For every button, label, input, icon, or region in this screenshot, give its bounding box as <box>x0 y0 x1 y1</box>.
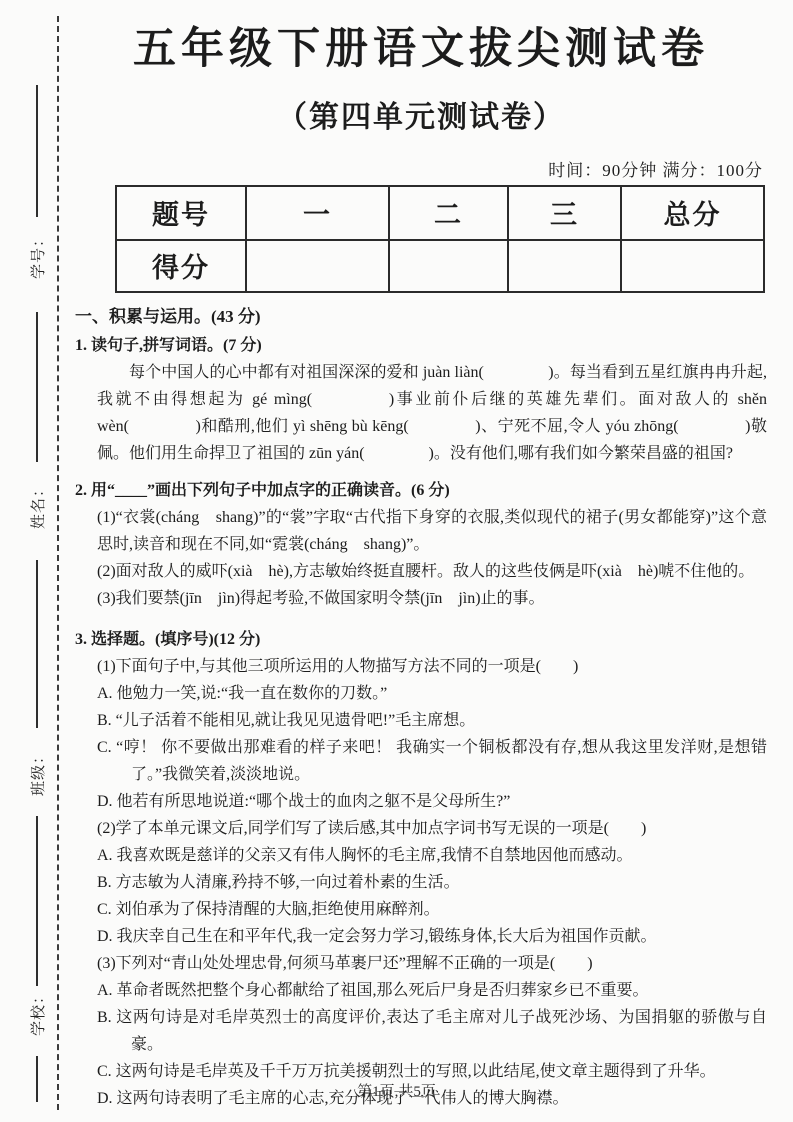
question-3-part-2-stem: (2)学了本单元课文后,同学们写了读后感,其中加点字词书写无误的一项是( ) <box>97 815 767 842</box>
student-id-label: 学号： <box>27 217 47 293</box>
time-score-info: 时间：90分钟 满分：100分 <box>75 156 767 181</box>
score-cell-empty <box>389 240 508 292</box>
score-table-header-cell: 三 <box>508 186 621 240</box>
score-table-header-row: 题号 一 二 三 总分 <box>116 186 764 240</box>
score-table-header-cell: 一 <box>246 186 389 240</box>
page-subtitle: （第四单元测试卷） <box>75 92 767 136</box>
question-3-part-1-option-b: B. “儿子活着不能相见,就让我见见遗骨吧!”毛主席想。 <box>75 707 767 734</box>
score-table-score-row: 得分 <box>116 240 764 292</box>
page-number: 第1页,共5页 <box>0 1080 793 1101</box>
question-3-part-2-option-b: B. 方志敏为人清廉,矜持不够,一向过着朴素的生活。 <box>75 869 767 896</box>
question-2-title: 2. 用“____”画出下列句子中加点字的正确读音。(6 分) <box>75 477 767 504</box>
class-label: 班级： <box>27 734 47 810</box>
score-table-header-cell: 二 <box>389 186 508 240</box>
question-3-part-1-option-d: D. 他若有所思地说道:“哪个战士的血肉之躯不是父母所生?” <box>75 788 767 815</box>
page-title: 五年级下册语文拔尖测试卷 <box>75 24 767 76</box>
question-2-item-1: (1)“衣裳(cháng shang)”的“裳”字取“古代指下身穿的衣服,类似现… <box>97 504 767 558</box>
margin-write-line <box>36 312 38 462</box>
question-3-part-2-option-c: C. 刘伯承为了保持清醒的大脑,拒绝使用麻醉剂。 <box>75 896 767 923</box>
section-one-heading: 一、积累与运用。(43 分) <box>75 303 767 330</box>
question-2-item-2: (2)面对敌人的威吓(xià hè),方志敏始终挺直腰杆。敌人的这些伎俩是吓(x… <box>97 558 767 585</box>
margin-write-line <box>36 560 38 728</box>
question-3-part-2-option-a: A. 我喜欢既是慈详的父亲又有伟人胸怀的毛主席,我情不自禁地因他而感动。 <box>75 842 767 869</box>
question-3-part-3-option-b: B. 这两句诗是对毛岸英烈士的高度评价,表达了毛主席对儿子战死沙场、为国捐躯的骄… <box>75 1004 767 1058</box>
score-table: 题号 一 二 三 总分 得分 <box>115 185 765 293</box>
question-1-passage: 每个中国人的心中都有对祖国深深的爱和 juàn liàn( )。每当看到五星红旗… <box>97 359 767 467</box>
question-3-part-1-option-c: C. “哼！ 你不要做出那难看的样子来吧！ 我确实一个铜板都没有存,想从我这里发… <box>75 734 767 788</box>
school-label: 学校： <box>27 974 47 1050</box>
question-3-part-1-option-a: A. 他勉力一笑,说:“我一直在数你的刀数。” <box>75 680 767 707</box>
score-row-label: 得分 <box>116 240 246 292</box>
binding-dashed-line <box>57 16 59 1110</box>
question-3-part-3-stem: (3)下列对“青山处处埋忠骨,何须马革裹尸还”理解不正确的一项是( ) <box>97 950 767 977</box>
question-3-part-1-stem: (1)下面句子中,与其他三项所运用的人物描写方法不同的一项是( ) <box>97 653 767 680</box>
question-3-title: 3. 选择题。(填序号)(12 分) <box>75 626 767 653</box>
student-name-label: 姓名： <box>27 467 47 543</box>
score-table-header-cell: 题号 <box>116 186 246 240</box>
score-cell-empty <box>621 240 764 292</box>
question-3-part-2-option-d: D. 我庆幸自己生在和平年代,我一定会努力学习,锻练身体,长大后为祖国作贡献。 <box>75 923 767 950</box>
exam-sheet: 学号： 姓名： 班级： 学校： 五年级下册语文拔尖测试卷 （第四单元测试卷） 时… <box>0 0 793 1122</box>
score-cell-empty <box>508 240 621 292</box>
question-2-item-3: (3)我们要禁(jīn jìn)得起考验,不做国家明令禁(jīn jìn)止的事… <box>97 585 767 612</box>
margin-write-line <box>36 85 38 217</box>
score-cell-empty <box>246 240 389 292</box>
question-3-part-3-option-a: A. 革命者既然把整个身心都献给了祖国,那么死后尸身是否归葬家乡已不重要。 <box>75 977 767 1004</box>
score-table-header-cell: 总分 <box>621 186 764 240</box>
question-1-title: 1. 读句子,拼写词语。(7 分) <box>75 332 767 359</box>
margin-write-line <box>36 816 38 986</box>
